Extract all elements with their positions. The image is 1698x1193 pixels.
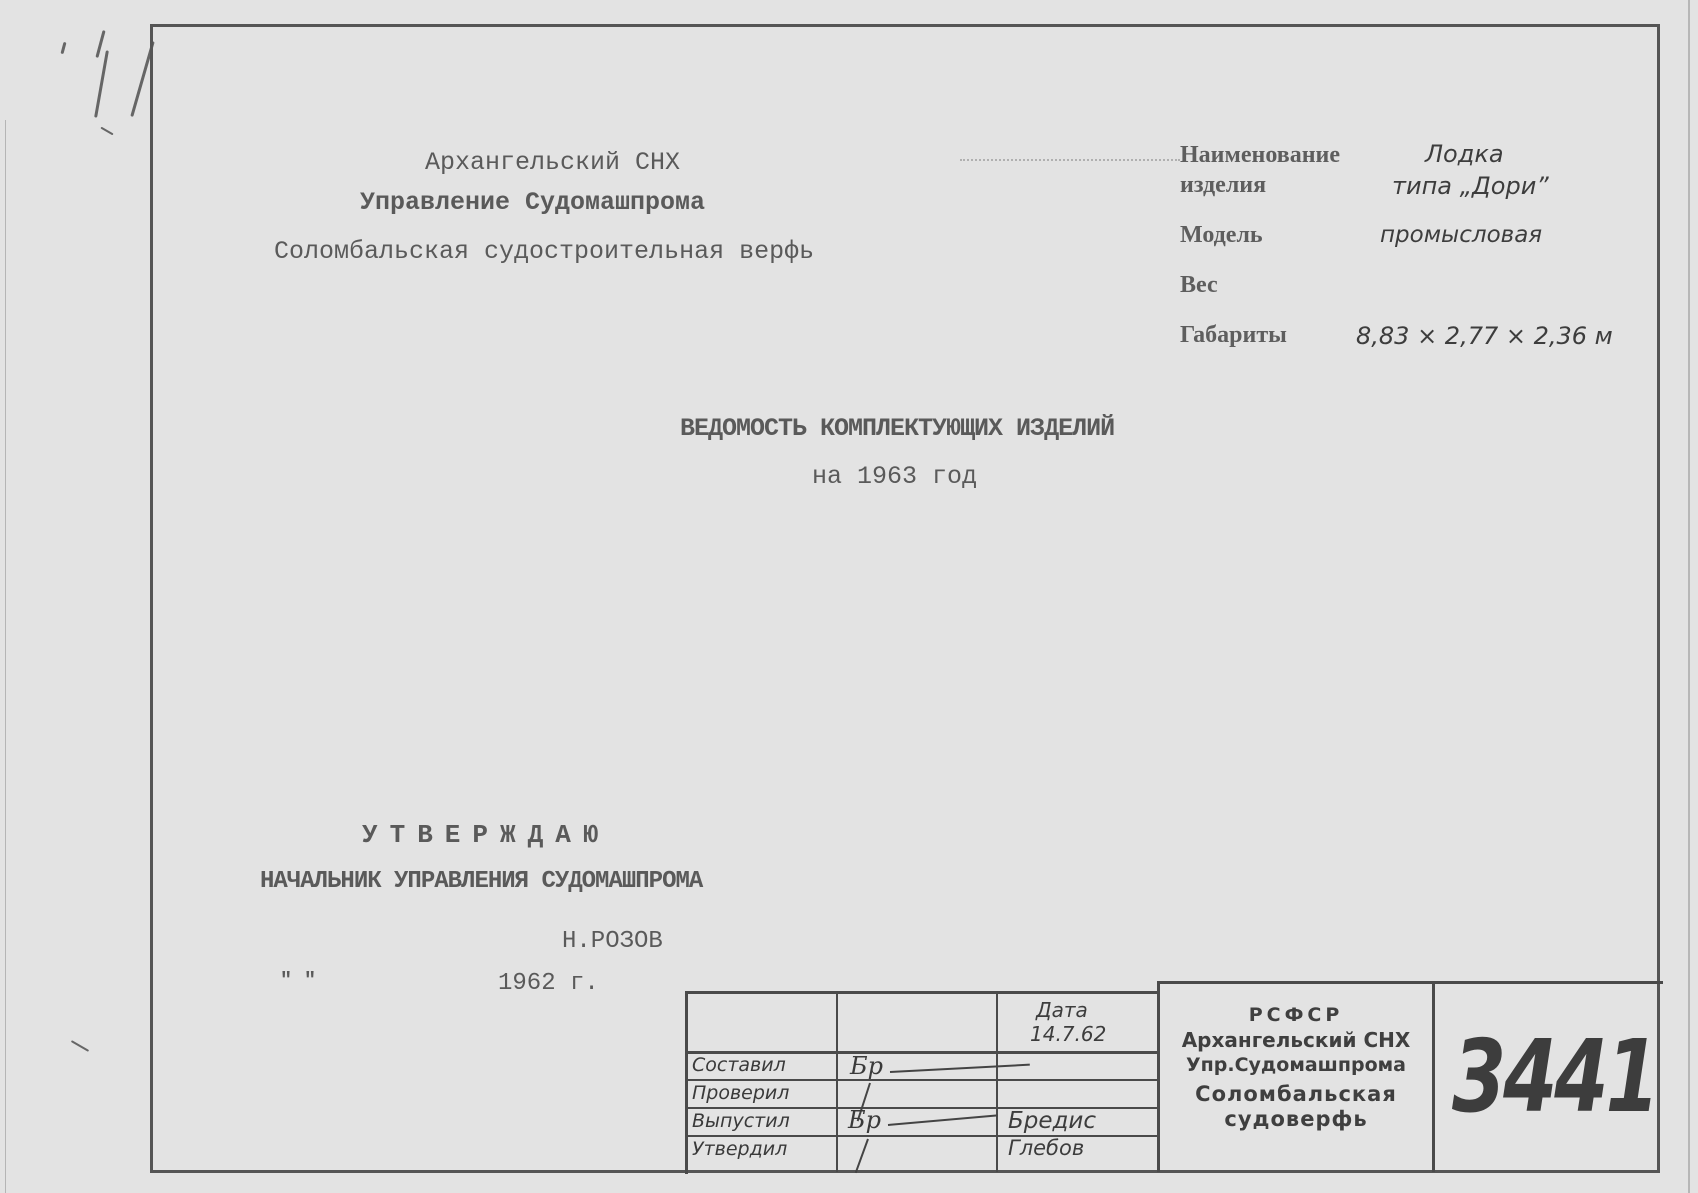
stamp-line: [1157, 981, 1663, 984]
stamp-name-issued: Бредис: [1008, 1108, 1096, 1134]
approval-date-quotes: " ": [280, 970, 316, 993]
pencil-mark: [94, 50, 109, 117]
date-label: Дата: [1036, 998, 1088, 1022]
approval-heading: УТВЕРЖДАЮ: [362, 820, 610, 850]
stamp-row-checked: Проверил: [692, 1082, 789, 1104]
stamp-line: [685, 1079, 1159, 1081]
pencil-mark: [100, 127, 113, 136]
stamp-org-line: Соломбальская: [1160, 1082, 1432, 1107]
stamp-line: [996, 991, 998, 1172]
document-subtitle: на 1963 год: [812, 462, 977, 491]
org-line-3: Соломбальская судостроительная верфь: [274, 237, 814, 266]
approval-name: Н.РОЗОВ: [562, 928, 663, 955]
pencil-mark: [95, 30, 105, 58]
date-value: 14.7.62: [1030, 1022, 1106, 1046]
stamp-org-block: РСФСР Архангельский СНХ Упр.Судомашпрома…: [1160, 985, 1432, 1132]
product-name-value-1: Лодка: [1425, 140, 1504, 168]
product-name-label-1: Наименование: [1180, 142, 1340, 169]
stamp-row-compiled: Составил: [692, 1054, 786, 1076]
model-label: Модель: [1180, 222, 1263, 249]
paper-edge-right: [1688, 0, 1690, 1193]
document-number: 3441: [1452, 1018, 1657, 1135]
stamp-name-approved: Глебов: [1008, 1136, 1084, 1160]
pencil-mark: [71, 1040, 89, 1052]
stamp-org-line: Архангельский СНХ: [1160, 1028, 1432, 1053]
product-name-label-2: изделия: [1180, 172, 1266, 199]
signature-issued: Бр: [848, 1106, 881, 1134]
dotted-line: [960, 159, 1180, 161]
stamp-line: [685, 991, 688, 1174]
stamp-line: [685, 991, 1160, 994]
paper-edge-left: [5, 120, 6, 1193]
pencil-mark: [60, 42, 66, 54]
stamp-row-issued: Выпустил: [692, 1110, 790, 1132]
stamp-org-line: судоверфь: [1160, 1107, 1432, 1132]
weight-label: Вес: [1180, 272, 1218, 299]
product-name-value-2: типа „Дори”: [1392, 172, 1549, 200]
stamp-org-line: РСФСР: [1160, 1003, 1432, 1028]
stamp-org-line: Упр.Судомашпрома: [1160, 1053, 1432, 1078]
stamp-line: [836, 991, 838, 1172]
document-title: ВЕДОМОСТЬ КОМПЛЕКТУЮЩИХ ИЗДЕЛИЙ: [680, 414, 1114, 443]
model-value: промысловая: [1380, 222, 1542, 248]
approval-position: НАЧАЛЬНИК УПРАВЛЕНИЯ СУДОМАШПРОМА: [260, 868, 702, 895]
dimensions-label: Габариты: [1180, 322, 1287, 349]
signature-compiled: Бр: [850, 1052, 883, 1080]
org-line-2: Управление Судомашпрома: [360, 188, 705, 217]
dimensions-value: 8,83 × 2,77 × 2,36 м: [1356, 322, 1613, 350]
approval-year: 1962 г.: [498, 970, 599, 997]
stamp-line: [685, 1135, 1159, 1137]
stamp-line: [1432, 981, 1435, 1172]
stamp-row-approved: Утвердил: [692, 1138, 787, 1160]
org-line-1: Архангельский СНХ: [425, 148, 680, 177]
